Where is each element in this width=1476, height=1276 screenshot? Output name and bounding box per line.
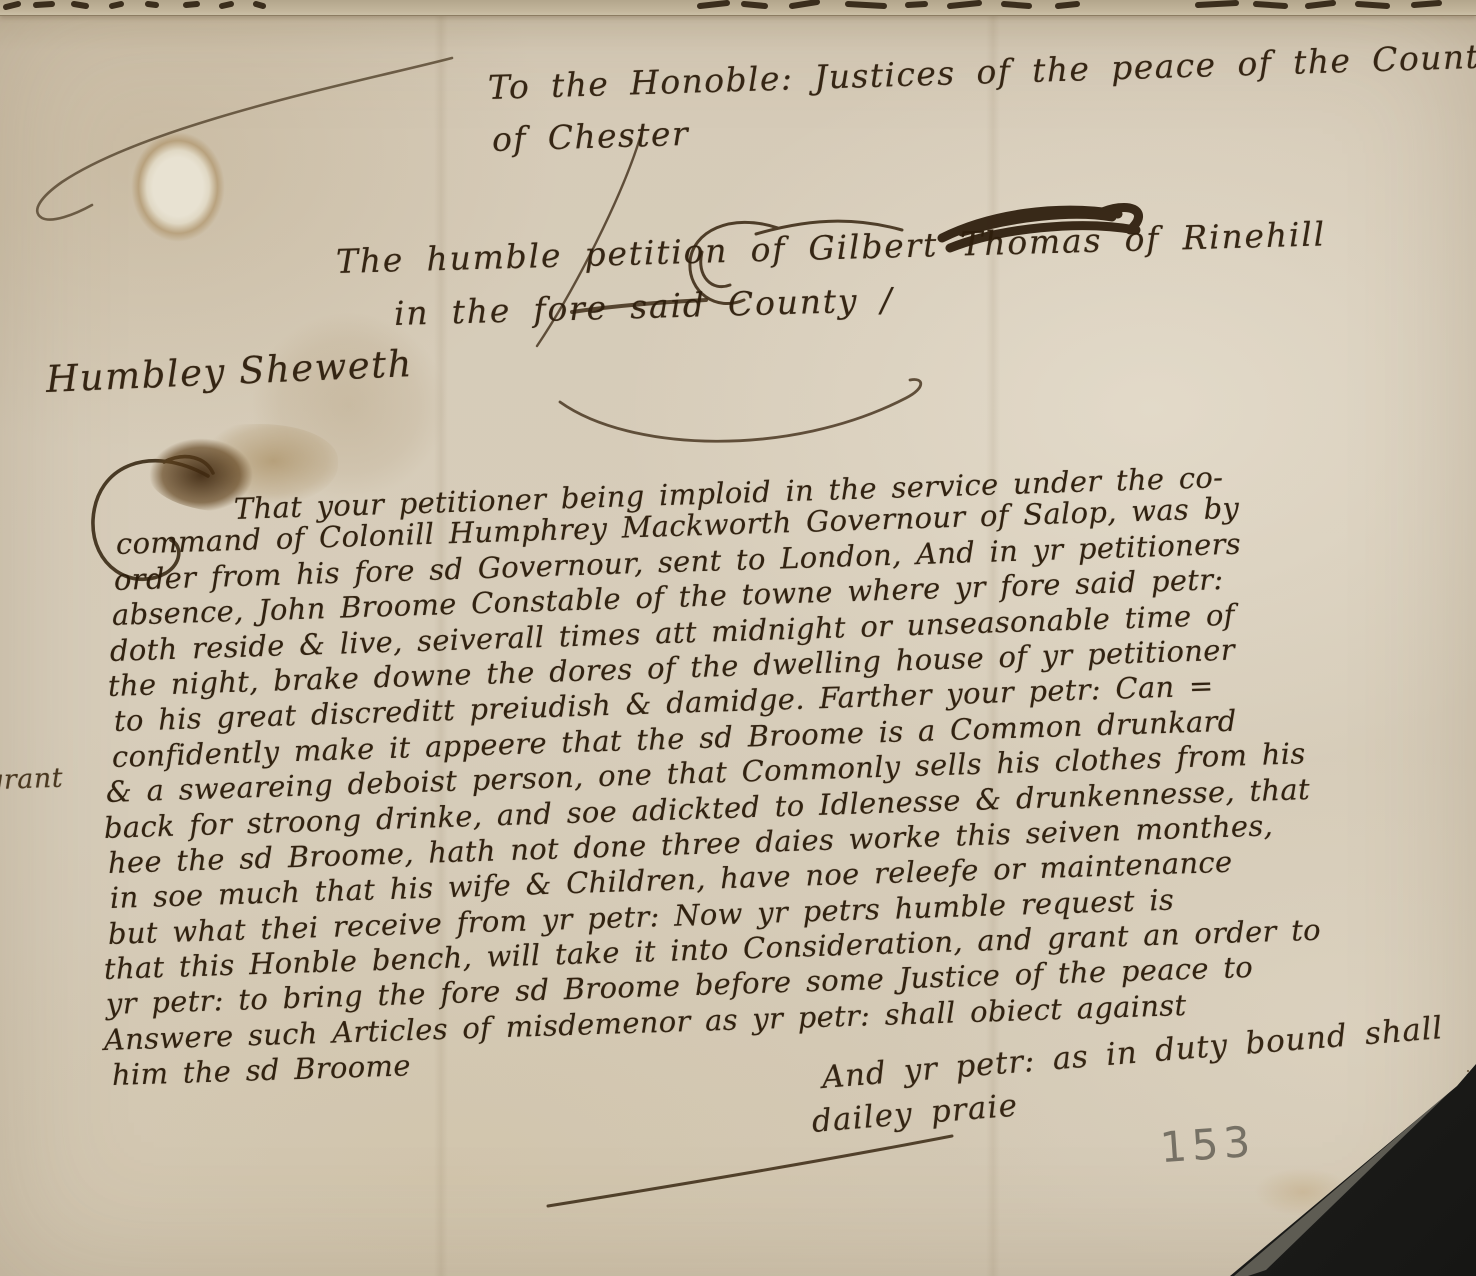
adjacent-page-edge <box>0 0 1476 16</box>
manuscript-photo: To the Honoble: Justices of the peace of… <box>0 0 1476 1276</box>
margin-note-grant: grant <box>0 763 64 797</box>
folio-number-pencil: 153 <box>1158 1117 1256 1173</box>
heading-line-2: of Chester <box>491 114 689 159</box>
petition-body: That your petitioner being imploid in th… <box>112 492 1322 1094</box>
